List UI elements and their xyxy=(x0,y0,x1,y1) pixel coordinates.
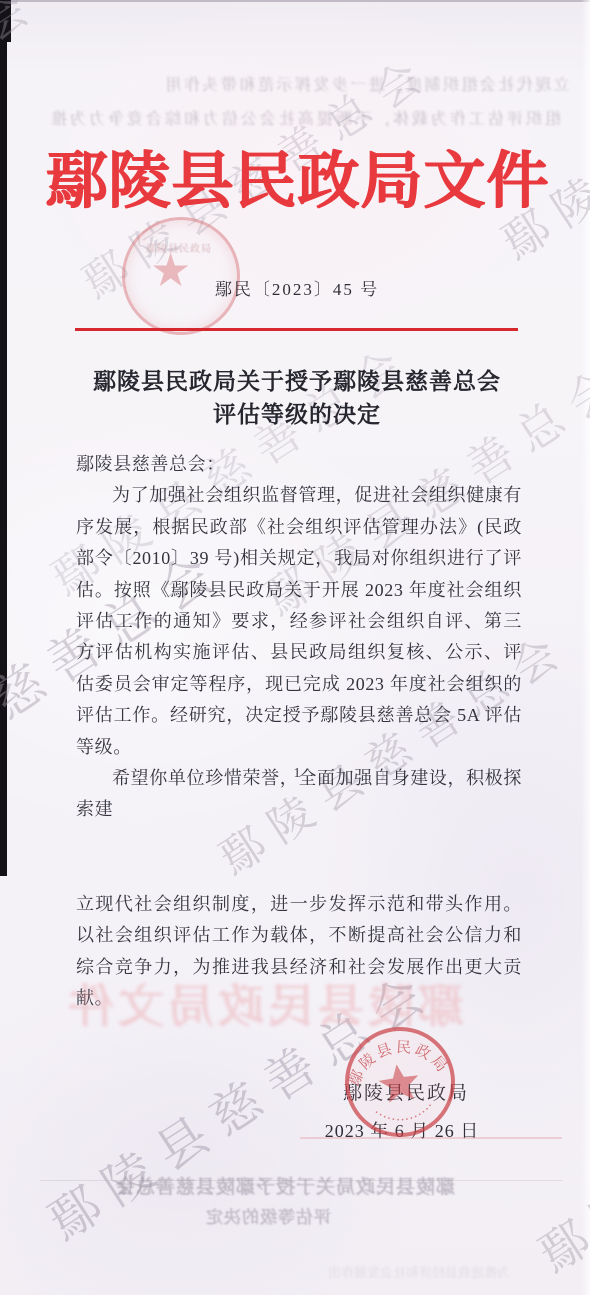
header-seal-star-icon: ★ xyxy=(150,243,191,297)
page-number: 1 xyxy=(294,766,301,782)
watermark-fragment: 会 xyxy=(0,0,50,53)
letterhead-title: 鄢陵县民政局文件 xyxy=(45,131,549,220)
official-seal: 鄢陵县民政局 ∙∙∙∙∙∙∙∙∙∙∙∙∙∙ xyxy=(332,1014,468,1150)
bleed-through-bottom-faint: 为推进我县经济和社会发展作出 xyxy=(328,1262,510,1281)
bleed-through-title-line2: 评估等级的决定 xyxy=(205,1203,331,1228)
body-paragraph-1: 为了加强社会组织监督管理，促进社会组织健康有序发展，根据民政部《社会组织评估管理… xyxy=(76,480,522,763)
bleed-through-title-line1: 鄢陵县民政局关于授予鄢陵县慈善总会 xyxy=(115,1172,455,1199)
red-divider-rule xyxy=(75,328,518,331)
scan-top-edge xyxy=(0,0,590,2)
document-number: 鄢民〔2023〕45 号 xyxy=(215,275,379,300)
bleed-through-top-line2: 组织评估工作为载体，不断提高社会公信力和综合竞争力为推 xyxy=(48,106,561,129)
scan-left-edge-strip xyxy=(0,0,7,876)
document-title-line1: 鄢陵县民政局关于授予鄢陵县慈善总会 xyxy=(93,363,501,396)
bleed-through-rule-line xyxy=(300,1137,562,1139)
recipient-line: 鄢陵县慈善总会： xyxy=(76,449,522,480)
document-title-line2: 评估等级的决定 xyxy=(213,396,381,429)
scanned-document-page: 鄢陵县慈善总会 鄢陵县慈善总会 鄢陵县慈善总会 鄢陵县慈善总会 鄢陵县慈善总会 … xyxy=(0,0,590,1295)
bleed-through-top-line1: 立现代社会组织制度，进一步发挥示范和带头作用 xyxy=(163,72,570,95)
